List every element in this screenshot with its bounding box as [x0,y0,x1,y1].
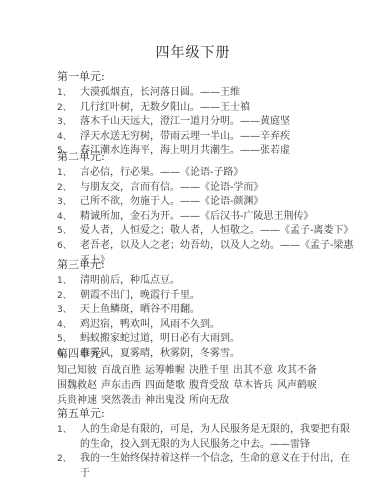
item-text: 浮天水送无穷树，带雨云埋一半山。——辛弃疾 [80,130,357,145]
list-item: 3、己所不欲，勿施于人。——《论语-颜渊》 [57,195,357,210]
item-number: 1、 [57,423,80,452]
item-number: 5、 [57,224,80,239]
list-item: 5、爱人者，人恒爱之；敬人者，人恒敬之。——《孟子-离娄下》 [57,224,357,239]
item-number: 4、 [57,210,80,225]
unit-4: 第四单元: 知己知彼 百战百胜 运筹帷幄 决胜千里 出其不意 攻其不备 围魏救赵… [57,345,357,408]
item-number: 2、 [57,289,80,304]
page-title: 四年级下册 [0,42,386,62]
idiom-row: 知己知彼 百战百胜 运筹帷幄 决胜千里 出其不意 攻其不备 [57,363,357,378]
item-text: 精诚所加，金石为开。——《后汉书-广陵思王荆传》 [80,210,357,225]
unit-heading: 第一单元: [57,68,357,86]
document-page: 四年级下册 第一单元: 1、大漠孤烟直，长河落日圆。——王维 2、几行红叶树，无… [0,0,386,500]
unit-heading: 第五单元: [57,405,357,423]
unit-heading: 第三单元: [57,256,357,274]
list-item: 1、言必信，行必果。——《论语-子路》 [57,166,357,181]
list-item: 2、我的一生始终保持着这样一个信念，生命的意义在于付出，在于 [57,452,357,481]
item-number: 2、 [57,181,80,196]
item-number: 1、 [57,274,80,289]
item-text: 几行红叶树，无数夕阳山。——王士禛 [80,101,357,116]
idiom: 草木皆兵 [233,378,277,393]
item-number: 4、 [57,130,80,145]
list-item: 2、与朋友交，言而有信。——《论语-学而》 [57,181,357,196]
unit-heading: 第四单元: [57,345,357,363]
unit-2: 第二单元: 1、言必信，行必果。——《论语-子路》 2、与朋友交，言而有信。——… [57,148,357,268]
item-text: 天上鱼鳞斑，晒谷不用翻。 [80,303,357,318]
item-text: 与朋友交，言而有信。——《论语-学而》 [80,181,357,196]
list-item: 4、浮天水送无穷树，带雨云埋一半山。——辛弃疾 [57,130,357,145]
idiom-grid: 知己知彼 百战百胜 运筹帷幄 决胜千里 出其不意 攻其不备 围魏救赵 声东击西 … [57,363,357,408]
unit-heading: 第二单元: [57,148,357,166]
idiom: 攻其不备 [277,363,321,378]
list-item: 4、鸡迟宿，鸭欢叫，风雨不久到。 [57,318,357,333]
item-number: 2、 [57,101,80,116]
list-item: 1、大漠孤烟直，长河落日圆。——王维 [57,86,357,101]
unit-5: 第五单元: 1、人的生命是有限的，可是，为人民服务是无限的，我要把有限的生命，投… [57,405,357,481]
unit-1: 第一单元: 1、大漠孤烟直，长河落日圆。——王维 2、几行红叶树，无数夕阳山。—… [57,68,357,159]
idiom: 百战百胜 [101,363,145,378]
item-text: 朝霞不出门，晚霞行千里。 [80,289,357,304]
idiom: 决胜千里 [189,363,233,378]
item-number: 2、 [57,452,80,481]
item-text: 爱人者，人恒爱之；敬人者，人恒敬之。——《孟子-离娄下》 [80,224,357,239]
list-item: 3、落木千山天远大，澄江一道月分明。——黄庭坚 [57,115,357,130]
idiom: 四面楚歌 [145,378,189,393]
item-text: 大漠孤烟直，长河落日圆。——王维 [80,86,357,101]
item-text: 落木千山天远大，澄江一道月分明。——黄庭坚 [80,115,357,130]
idiom: 风声鹤唳 [277,378,321,393]
idiom: 知己知彼 [57,363,101,378]
item-number: 4、 [57,318,80,333]
idiom: 运筹帷幄 [145,363,189,378]
item-number: 3、 [57,115,80,130]
item-text: 清明前后，种瓜点豆。 [80,274,357,289]
idiom: 腹背受敌 [189,378,233,393]
item-text: 言必信，行必果。——《论语-子路》 [80,166,357,181]
list-item: 2、几行红叶树，无数夕阳山。——王士禛 [57,101,357,116]
idiom-row: 围魏救赵 声东击西 四面楚歌 腹背受敌 草木皆兵 风声鹤唳 [57,378,357,393]
item-number: 3、 [57,195,80,210]
item-text: 人的生命是有限的，可是，为人民服务是无限的，我要把有限的生命，投入到无限的为人民… [80,423,357,452]
item-number: 3、 [57,303,80,318]
item-number: 1、 [57,166,80,181]
list-item: 1、人的生命是有限的，可是，为人民服务是无限的，我要把有限的生命，投入到无限的为… [57,423,357,452]
idiom: 围魏救赵 [57,378,101,393]
idiom: 声东击西 [101,378,145,393]
list-item: 2、朝霞不出门，晚霞行千里。 [57,289,357,304]
item-text: 己所不欲，勿施于人。——《论语-颜渊》 [80,195,357,210]
list-item: 4、精诚所加，金石为开。——《后汉书-广陵思王荆传》 [57,210,357,225]
list-item: 1、清明前后，种瓜点豆。 [57,274,357,289]
item-text: 我的一生始终保持着这样一个信念，生命的意义在于付出，在于 [80,452,357,481]
idiom: 出其不意 [233,363,277,378]
item-number: 1、 [57,86,80,101]
item-text: 鸡迟宿，鸭欢叫，风雨不久到。 [80,318,357,333]
list-item: 3、天上鱼鳞斑，晒谷不用翻。 [57,303,357,318]
